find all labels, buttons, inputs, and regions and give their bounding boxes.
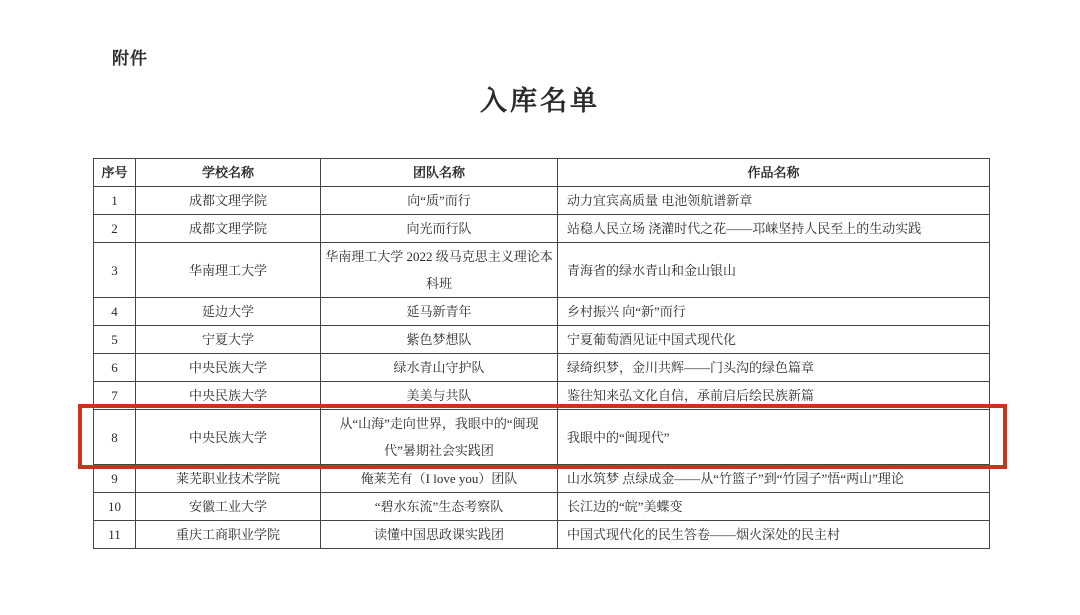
table-row: 1成都文理学院向“质”而行动力宜宾高质量 电池领航谱新章 <box>94 187 990 215</box>
cell-no: 6 <box>94 354 136 382</box>
table-row: 8中央民族大学从“山海”走向世界，我眼中的“闽现代”暑期社会实践团我眼中的“闽现… <box>94 410 990 465</box>
attachment-label: 附件 <box>112 44 148 69</box>
cell-school: 莱芜职业技术学院 <box>136 465 321 493</box>
cell-team: 从“山海”走向世界，我眼中的“闽现代”暑期社会实践团 <box>321 410 558 465</box>
cell-no: 1 <box>94 187 136 215</box>
cell-no: 2 <box>94 215 136 243</box>
cell-no: 5 <box>94 326 136 354</box>
cell-team: 向“质”而行 <box>321 187 558 215</box>
document-page: { "document": { "attachment_label": "附件"… <box>0 0 1080 615</box>
cell-school: 华南理工大学 <box>136 243 321 298</box>
cell-no: 11 <box>94 521 136 549</box>
table-row: 6中央民族大学绿水青山守护队绿绮织梦，金川共辉——门头沟的绿色篇章 <box>94 354 990 382</box>
cell-work: 长江边的“皖”美蝶变 <box>558 493 990 521</box>
cell-work: 宁夏葡萄酒见证中国式现代化 <box>558 326 990 354</box>
cell-work: 我眼中的“闽现代” <box>558 410 990 465</box>
table-row: 10安徽工业大学“碧水东流”生态考察队长江边的“皖”美蝶变 <box>94 493 990 521</box>
cell-school: 安徽工业大学 <box>136 493 321 521</box>
cell-work: 中国式现代化的民生答卷——烟火深处的民主村 <box>558 521 990 549</box>
cell-team: 延马新青年 <box>321 298 558 326</box>
cell-no: 3 <box>94 243 136 298</box>
cell-school: 中央民族大学 <box>136 354 321 382</box>
header-cell-work: 作品名称 <box>558 159 990 187</box>
table-row: 2成都文理学院向光而行队站稳人民立场 浇灌时代之花——邛崃坚持人民至上的生动实践 <box>94 215 990 243</box>
table-row: 4延边大学延马新青年乡村振兴 向“新”而行 <box>94 298 990 326</box>
cell-team: 俺莱芜有（I love you）团队 <box>321 465 558 493</box>
cell-school: 中央民族大学 <box>136 382 321 410</box>
cell-team: 美美与共队 <box>321 382 558 410</box>
cell-no: 9 <box>94 465 136 493</box>
cell-team: 读懂中国思政课实践团 <box>321 521 558 549</box>
table-row: 11重庆工商职业学院读懂中国思政课实践团中国式现代化的民生答卷——烟火深处的民主… <box>94 521 990 549</box>
cell-work: 站稳人民立场 浇灌时代之花——邛崃坚持人民至上的生动实践 <box>558 215 990 243</box>
header-cell-school: 学校名称 <box>136 159 321 187</box>
cell-team: 向光而行队 <box>321 215 558 243</box>
cell-work: 鉴往知来弘文化自信，承前启后绘民族新篇 <box>558 382 990 410</box>
cell-school: 中央民族大学 <box>136 410 321 465</box>
cell-school: 宁夏大学 <box>136 326 321 354</box>
cell-no: 7 <box>94 382 136 410</box>
table-header-row: 序号 学校名称 团队名称 作品名称 <box>94 159 990 187</box>
cell-work: 动力宜宾高质量 电池领航谱新章 <box>558 187 990 215</box>
header-cell-no: 序号 <box>94 159 136 187</box>
cell-no: 10 <box>94 493 136 521</box>
cell-work: 山水筑梦 点绿成金——从“竹篮子”到“竹园子”悟“两山”理论 <box>558 465 990 493</box>
cell-school: 成都文理学院 <box>136 187 321 215</box>
cell-work: 青海省的绿水青山和金山银山 <box>558 243 990 298</box>
cell-school: 成都文理学院 <box>136 215 321 243</box>
table-row: 3华南理工大学华南理工大学 2022 级马克思主义理论本科班青海省的绿水青山和金… <box>94 243 990 298</box>
cell-no: 4 <box>94 298 136 326</box>
cell-team: 华南理工大学 2022 级马克思主义理论本科班 <box>321 243 558 298</box>
table-row: 5宁夏大学紫色梦想队宁夏葡萄酒见证中国式现代化 <box>94 326 990 354</box>
cell-school: 重庆工商职业学院 <box>136 521 321 549</box>
table-body: 1成都文理学院向“质”而行动力宜宾高质量 电池领航谱新章2成都文理学院向光而行队… <box>94 187 990 549</box>
cell-no: 8 <box>94 410 136 465</box>
table-row: 7中央民族大学美美与共队鉴往知来弘文化自信，承前启后绘民族新篇 <box>94 382 990 410</box>
cell-team: 紫色梦想队 <box>321 326 558 354</box>
table-row: 9莱芜职业技术学院俺莱芜有（I love you）团队山水筑梦 点绿成金——从“… <box>94 465 990 493</box>
cell-team: 绿水青山守护队 <box>321 354 558 382</box>
cell-team: “碧水东流”生态考察队 <box>321 493 558 521</box>
page-title: 入库名单 <box>0 79 1080 118</box>
cell-school: 延边大学 <box>136 298 321 326</box>
cell-work: 绿绮织梦，金川共辉——门头沟的绿色篇章 <box>558 354 990 382</box>
header-cell-team: 团队名称 <box>321 159 558 187</box>
roster-table: 序号 学校名称 团队名称 作品名称 1成都文理学院向“质”而行动力宜宾高质量 电… <box>93 158 990 549</box>
cell-work: 乡村振兴 向“新”而行 <box>558 298 990 326</box>
